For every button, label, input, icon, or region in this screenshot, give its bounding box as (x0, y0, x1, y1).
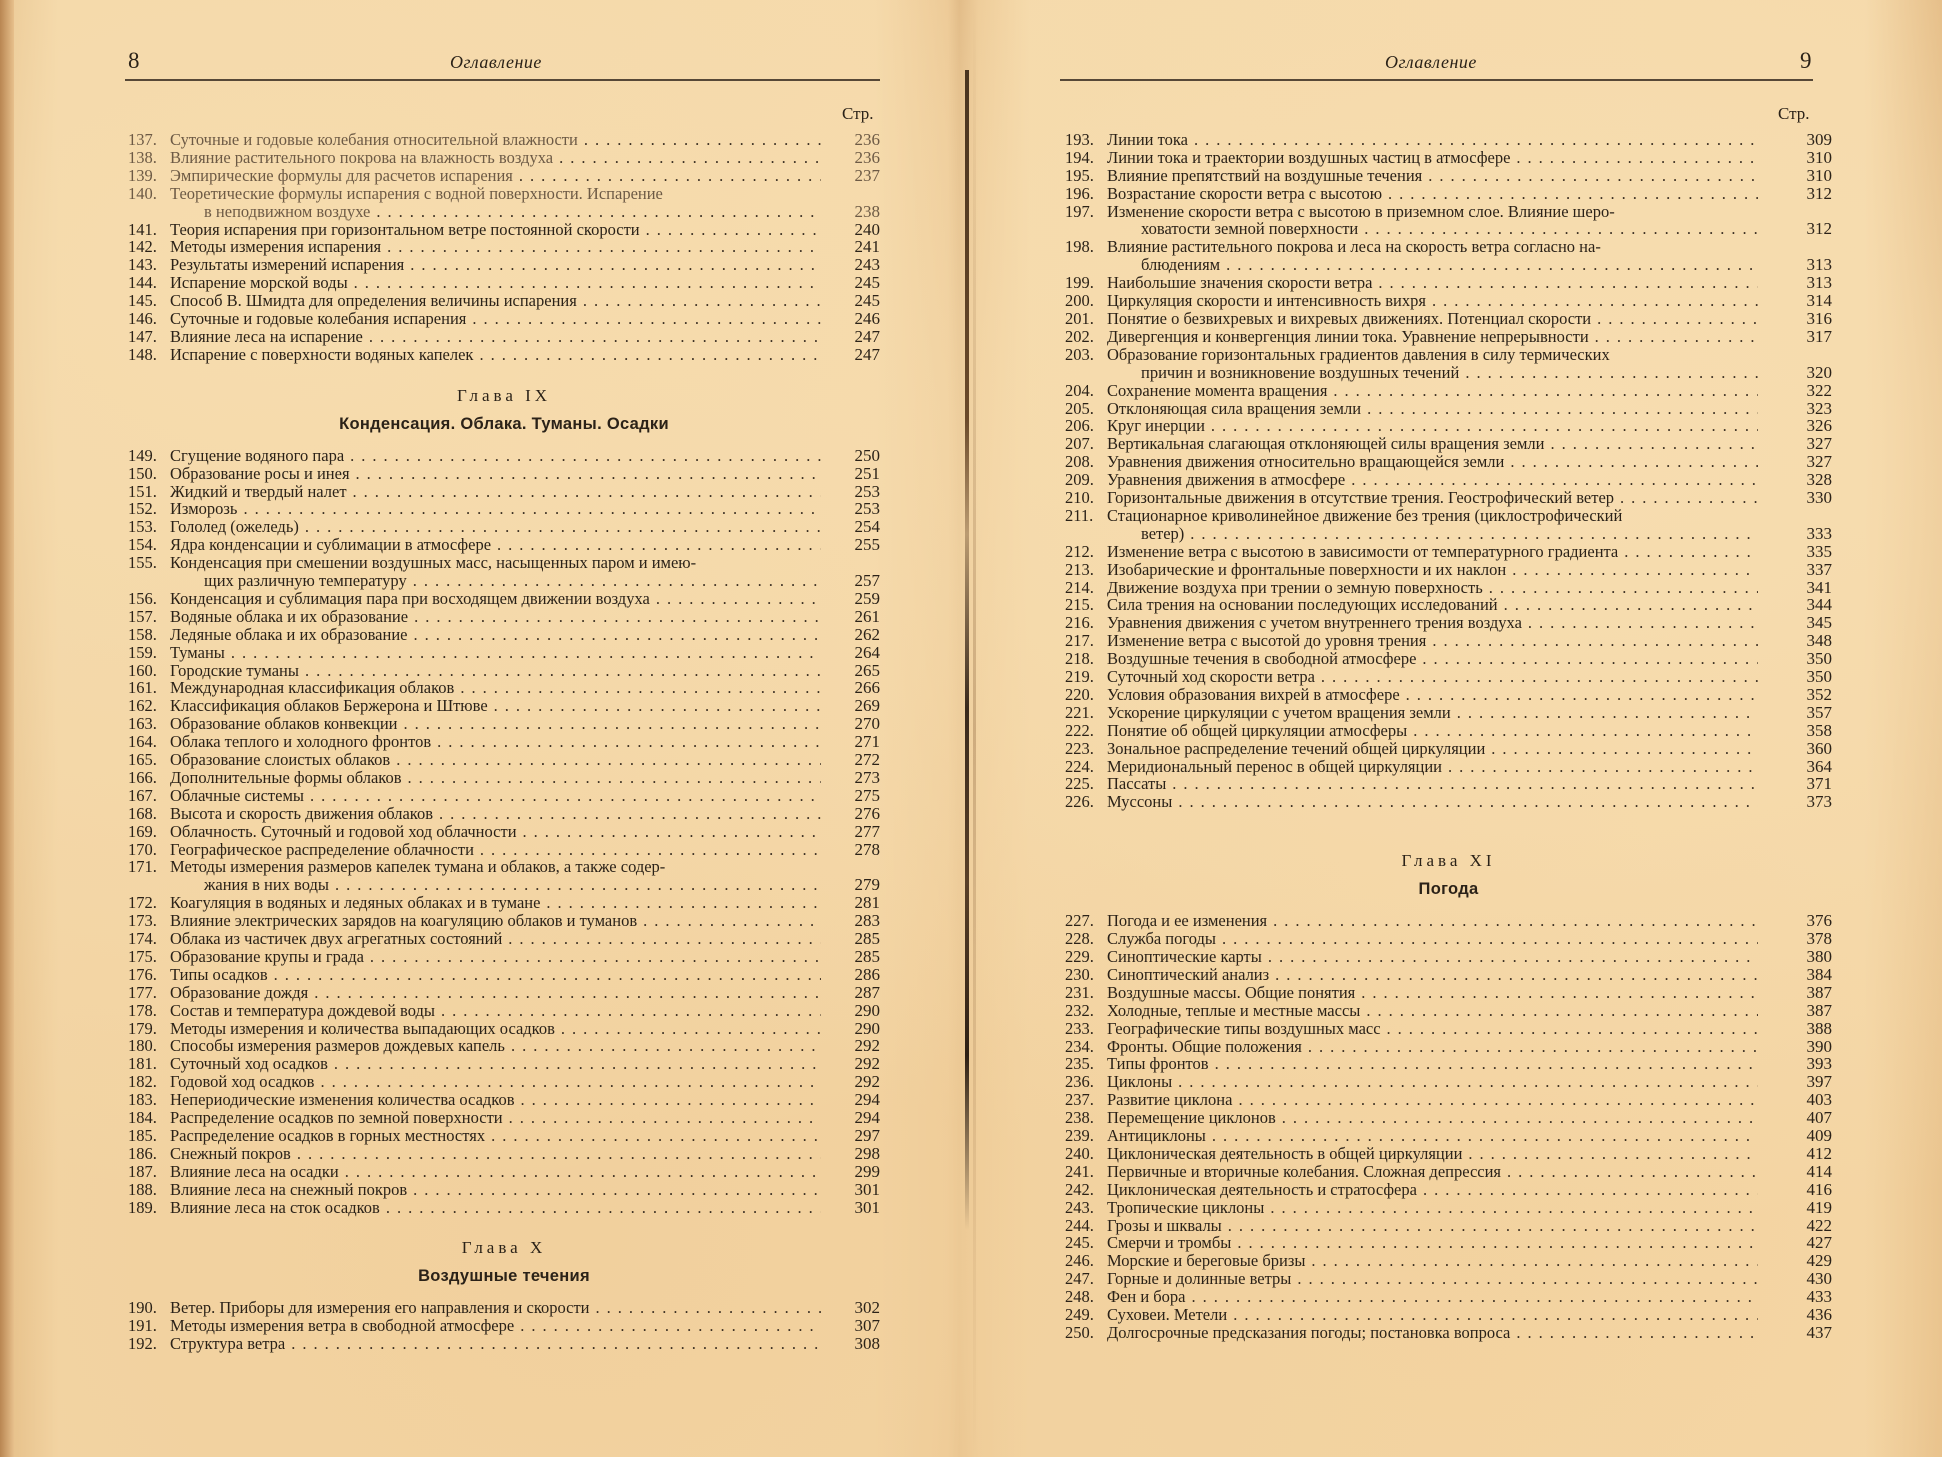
leader-dots: ........................................… (646, 221, 821, 239)
section-number: 166. (128, 769, 157, 787)
page-reference: 387 (1784, 1002, 1832, 1020)
leader-dots: ........................................… (561, 1020, 821, 1038)
leader-dots: ........................................… (1192, 1288, 1759, 1306)
section-title: Способ В. Шмидта для определения величин… (170, 292, 577, 310)
page-reference: 309 (1784, 131, 1832, 149)
leader-dots: ........................................… (1366, 1002, 1758, 1020)
section-number: 214. (1065, 579, 1094, 597)
toc-entry: 221.Ускорение циркуляции с учетом вращен… (1065, 704, 1832, 722)
section-title: Испарение с поверхности водяных капелек (170, 346, 473, 364)
toc-entry: 234.Фронты. Общие положения390..........… (1065, 1038, 1832, 1056)
toc-entry: 189.Влияние леса на сток осадков301.....… (128, 1199, 880, 1217)
section-number: 241. (1065, 1163, 1094, 1181)
section-title: Классификация облаков Бержерона и Штюве (170, 697, 488, 715)
leader-dots: ........................................… (508, 930, 821, 948)
page-reference: 419 (1784, 1199, 1832, 1217)
section-title: Годовой ход осадков (170, 1073, 314, 1091)
leader-dots: ........................................… (354, 274, 821, 292)
toc-entry: 165.Образование слоистых облаков272.....… (128, 751, 880, 769)
leader-dots: ........................................… (1595, 328, 1758, 346)
section-title-continued: ховатости земной поверхности (1141, 220, 1358, 238)
toc-entry: 146.Суточные и годовые колебания испарен… (128, 310, 880, 328)
page-reference: 308 (832, 1335, 880, 1353)
toc-entry: 222.Понятие об общей циркуляции атмосфер… (1065, 722, 1832, 740)
page-reference: 247 (832, 346, 880, 364)
section-number: 193. (1065, 131, 1094, 149)
leader-dots: ........................................… (345, 1163, 821, 1181)
leader-dots: ........................................… (386, 1199, 821, 1217)
page-reference: 251 (832, 465, 880, 483)
toc-entry: 232.Холодные, теплые и местные массы387.… (1065, 1002, 1832, 1020)
section-number: 172. (128, 894, 157, 912)
section-number: 183. (128, 1091, 157, 1109)
page-reference: 264 (832, 644, 880, 662)
chapter-label: Глава XI (1065, 851, 1832, 871)
section-title: Ветер. Приборы для измерения его направл… (170, 1299, 590, 1317)
toc-entry: 155.Конденсация при смешении воздушных м… (128, 554, 880, 590)
section-number: 246. (1065, 1252, 1094, 1270)
leader-dots: ........................................… (1172, 775, 1758, 793)
section-number: 187. (128, 1163, 157, 1181)
section-number: 180. (128, 1037, 157, 1055)
chapter-title: Погода (1065, 880, 1832, 899)
section-title: Гололед (ожеледь) (170, 518, 299, 536)
section-number: 234. (1065, 1038, 1094, 1056)
section-title: Методы измерения ветра в свободной атмос… (170, 1317, 514, 1335)
binding-stitch (965, 70, 969, 1230)
page-reference: 254 (832, 518, 880, 536)
page-reference: 292 (832, 1073, 880, 1091)
page-reference: 407 (1784, 1109, 1832, 1127)
chapter-title: Конденсация. Облака. Туманы. Осадки (128, 415, 880, 434)
leader-dots: ........................................… (472, 310, 821, 328)
section-number: 242. (1065, 1181, 1094, 1199)
toc-entry: 213.Изобарические и фронтальные поверхно… (1065, 561, 1832, 579)
toc-entry: 233.Географические типы воздушных масс38… (1065, 1020, 1832, 1038)
leader-dots: ........................................… (334, 1055, 821, 1073)
section-number: 158. (128, 626, 157, 644)
section-title-continued: причин и возникновение воздушных течений (1141, 364, 1459, 382)
section-title: Наибольшие значения скорости ветра (1107, 274, 1372, 292)
leader-dots: ........................................… (413, 1181, 821, 1199)
toc-entry: 178.Состав и температура дождевой воды29… (128, 1002, 880, 1020)
section-number: 167. (128, 787, 157, 805)
toc-entry: 182.Годовой ход осадков292..............… (128, 1073, 880, 1091)
page-reference: 236 (832, 149, 880, 167)
section-title: Методы измерения испарения (170, 238, 381, 256)
page-reference: 266 (832, 679, 880, 697)
section-number: 169. (128, 823, 157, 841)
page-reference: 261 (832, 608, 880, 626)
section-number: 150. (128, 465, 157, 483)
page-reference: 317 (1784, 328, 1832, 346)
section-title: Стационарное криволинейное движение без … (1107, 507, 1622, 525)
section-title: Образование слоистых облаков (170, 751, 390, 769)
leader-dots: ........................................… (413, 572, 821, 590)
leader-dots: ........................................… (509, 1109, 821, 1127)
section-number: 221. (1065, 704, 1094, 722)
page-reference: 290 (832, 1002, 880, 1020)
toc-entry: 192.Структура ветра308..................… (128, 1335, 880, 1353)
section-number: 227. (1065, 912, 1094, 930)
section-title: Влияние леса на снежный покров (170, 1181, 407, 1199)
toc-entry: 244.Грозы и шквалы422...................… (1065, 1217, 1832, 1235)
page-reference: 273 (832, 769, 880, 787)
section-number: 148. (128, 346, 157, 364)
section-number: 250. (1065, 1324, 1094, 1342)
leader-dots: ........................................… (370, 948, 821, 966)
page-reference: 312 (1784, 185, 1832, 203)
section-number: 205. (1065, 400, 1094, 418)
leader-dots: ........................................… (1457, 704, 1758, 722)
toc-entry: 210.Горизонтальные движения в отсутствие… (1065, 489, 1832, 507)
toc-entry: 161.Международная классификация облаков2… (128, 679, 880, 697)
toc-entry: 158.Ледяные облака и их образование262..… (128, 626, 880, 644)
page-reference: 358 (1784, 722, 1832, 740)
section-title: Отклоняющая сила вращения земли (1107, 400, 1361, 418)
section-title: Жидкий и твердый налет (170, 483, 347, 501)
page-reference: 240 (832, 221, 880, 239)
right-page: Оглавление 9 Стр. 193.Линии тока309.....… (975, 0, 1942, 1457)
section-number: 212. (1065, 543, 1094, 561)
section-title: Образование горизонтальных градиентов да… (1107, 346, 1610, 364)
leader-dots: ........................................… (1504, 596, 1758, 614)
section-title: Ядра конденсации и сублимации в атмосфер… (170, 536, 491, 554)
section-title: Уравнения движения относительно вращающе… (1107, 453, 1504, 471)
leader-dots: ........................................… (274, 966, 821, 984)
leader-dots: ........................................… (1333, 382, 1758, 400)
section-title: Служба погоды (1107, 930, 1216, 948)
leader-dots: ........................................… (376, 203, 821, 221)
section-number: 145. (128, 292, 157, 310)
section-title: Конденсация при смешении воздушных масс,… (170, 554, 696, 572)
page-reference: 253 (832, 483, 880, 501)
page-reference: 322 (1784, 382, 1832, 400)
leader-dots: ........................................… (1178, 793, 1758, 811)
page-reference: 265 (832, 662, 880, 680)
page-reference: 352 (1784, 686, 1832, 704)
toc-entry: 138.Влияние растительного покрова на вла… (128, 149, 880, 167)
page-reference: 238 (832, 203, 880, 221)
section-title: Грозы и шквалы (1107, 1217, 1222, 1235)
leader-dots: ........................................… (439, 805, 821, 823)
page-reference: 255 (832, 536, 880, 554)
leader-dots: ........................................… (410, 256, 821, 274)
section-title: Распределение осадков по земной поверхно… (170, 1109, 503, 1127)
toc-entry: 176.Типы осадков286.....................… (128, 966, 880, 984)
toc-entry: 145.Способ В. Шмидта для определения вел… (128, 292, 880, 310)
section-number: 154. (128, 536, 157, 554)
toc-entry: 204.Сохранение момента вращения322......… (1065, 382, 1832, 400)
page-reference: 312 (1784, 220, 1832, 238)
toc-entry: 143.Результаты измерений испарения243...… (128, 256, 880, 274)
section-title: Условия образования вихрей в атмосфере (1107, 686, 1400, 704)
toc-entry: 181.Суточный ход осадков292.............… (128, 1055, 880, 1073)
page-reference: 276 (832, 805, 880, 823)
section-number: 235. (1065, 1055, 1094, 1073)
toc-entry: 183.Непериодические изменения количества… (128, 1091, 880, 1109)
page-reference: 299 (832, 1163, 880, 1181)
toc-entry: 148.Испарение с поверхности водяных капе… (128, 346, 880, 364)
section-title: Влияние леса на сток осадков (170, 1199, 380, 1217)
section-title: Теоретические формулы испарения с водной… (170, 185, 663, 203)
section-title: Изморозь (170, 500, 237, 518)
section-number: 198. (1065, 238, 1094, 256)
section-number: 173. (128, 912, 157, 930)
section-title: Теория испарения при горизонтальном ветр… (170, 221, 640, 239)
leader-dots: ........................................… (511, 1037, 821, 1055)
leader-dots: ........................................… (1233, 1306, 1758, 1324)
toc-entry: 238.Перемещение циклонов407.............… (1065, 1109, 1832, 1127)
page-reference: 387 (1784, 984, 1832, 1002)
page-reference: 243 (832, 256, 880, 274)
toc-entry: 236.Циклоны397..........................… (1065, 1073, 1832, 1091)
section-number: 215. (1065, 596, 1094, 614)
page-reference: 436 (1784, 1306, 1832, 1324)
toc-entry: 193.Линии тока309.......................… (1065, 131, 1832, 149)
section-number: 202. (1065, 328, 1094, 346)
section-number: 240. (1065, 1145, 1094, 1163)
leader-dots: ........................................… (1212, 1127, 1758, 1145)
section-number: 216. (1065, 614, 1094, 632)
leader-dots: ........................................… (1361, 984, 1758, 1002)
page-reference: 246 (832, 310, 880, 328)
page-reference: 371 (1784, 775, 1832, 793)
leader-dots: ........................................… (1432, 292, 1758, 310)
section-number: 181. (128, 1055, 157, 1073)
section-title: Суточный ход осадков (170, 1055, 328, 1073)
leader-dots: ........................................… (1222, 930, 1758, 948)
section-title: Развитие циклона (1107, 1091, 1232, 1109)
toc-entry: 206.Круг инерции326.....................… (1065, 417, 1832, 435)
section-title: Фронты. Общие положения (1107, 1038, 1302, 1056)
page-reference: 433 (1784, 1288, 1832, 1306)
toc-entry: 139.Эмпирические формулы для расчетов ис… (128, 167, 880, 185)
chapter-label: Глава IX (128, 386, 880, 406)
section-title: Географические типы воздушных масс (1107, 1020, 1381, 1038)
section-title: Уравнения движения с учетом внутреннего … (1107, 614, 1522, 632)
section-title: Циклоническая деятельность и стратосфера (1107, 1181, 1417, 1199)
page-reference: 364 (1784, 758, 1832, 776)
leader-dots: ........................................… (643, 912, 821, 930)
leader-dots: ........................................… (1432, 632, 1758, 650)
leader-dots: ........................................… (441, 1002, 821, 1020)
page-reference: 393 (1784, 1055, 1832, 1073)
leader-dots: ........................................… (1423, 1181, 1758, 1199)
leader-dots: ........................................… (1468, 1145, 1758, 1163)
section-title: Циркуляция скорости и интенсивность вихр… (1107, 292, 1426, 310)
toc-entry: 196.Возрастание скорости ветра с высотою… (1065, 185, 1832, 203)
toc-entry: 225.Пассаты371..........................… (1065, 775, 1832, 793)
section-title: Циклоны (1107, 1073, 1172, 1091)
leader-dots: ........................................… (1528, 614, 1758, 632)
toc-entry: 149.Сгущение водяного пара250...........… (128, 447, 880, 465)
section-title: Горные и долинные ветры (1107, 1270, 1291, 1288)
section-title: Дивергенция и конвергенция линии тока. У… (1107, 328, 1589, 346)
leader-dots: ........................................… (1387, 1020, 1758, 1038)
section-title: Образование крупы и града (170, 948, 364, 966)
section-number: 152. (128, 500, 157, 518)
header-rule (1060, 79, 1813, 81)
section-title: Суточные и годовые колебания испарения (170, 310, 466, 328)
page-reference: 281 (832, 894, 880, 912)
toc-entry: 164.Облака теплого и холодного фронтов27… (128, 733, 880, 751)
toc-entry: 199.Наибольшие значения скорости ветра31… (1065, 274, 1832, 292)
page-reference: 412 (1784, 1145, 1832, 1163)
left-page: 8 Оглавление Стр. 137.Суточные и годовые… (0, 0, 965, 1457)
toc-entry: 218.Воздушные течения в свободной атмосф… (1065, 650, 1832, 668)
toc-entry: 147.Влияние леса на испарение247........… (128, 328, 880, 346)
leader-dots: ........................................… (1388, 185, 1758, 203)
toc-entry: 144.Испарение морской воды245...........… (128, 274, 880, 292)
toc-entry: 173.Влияние электрических зарядов на коа… (128, 912, 880, 930)
page-reference: 357 (1784, 704, 1832, 722)
toc-entry: 203.Образование горизонтальных градиенто… (1065, 346, 1832, 382)
section-title: Водяные облака и их образование (170, 608, 408, 626)
leader-dots: ........................................… (1351, 471, 1758, 489)
header-rule (125, 79, 880, 81)
toc-entry: 171.Методы измерения размеров капелек ту… (128, 858, 880, 894)
section-number: 249. (1065, 1306, 1094, 1324)
leader-dots: ........................................… (350, 447, 821, 465)
leader-dots: ........................................… (291, 1335, 821, 1353)
leader-dots: ........................................… (1516, 149, 1758, 167)
leader-dots: ........................................… (1428, 167, 1758, 185)
toc-entry: 168.Высота и скорость движения облаков27… (128, 805, 880, 823)
leader-dots: ........................................… (353, 483, 821, 501)
section-title: Дополнительные формы облаков (170, 769, 402, 787)
section-number: 171. (128, 858, 157, 876)
leader-dots: ........................................… (1178, 1073, 1758, 1091)
leader-dots: ........................................… (243, 500, 821, 518)
leader-dots: ........................................… (297, 1145, 821, 1163)
section-title: Образование росы и инея (170, 465, 350, 483)
section-number: 189. (128, 1199, 157, 1217)
leader-dots: ........................................… (1512, 561, 1758, 579)
leader-dots: ........................................… (1465, 364, 1758, 382)
toc-entry: 154.Ядра конденсации и сублимации в атмо… (128, 536, 880, 554)
leader-dots: ........................................… (310, 787, 821, 805)
page-reference: 236 (832, 131, 880, 149)
toc-entry: 240.Циклоническая деятельность в общей ц… (1065, 1145, 1832, 1163)
section-title: Снежный покров (170, 1145, 291, 1163)
toc-entry: 150.Образование росы и инея251..........… (128, 465, 880, 483)
section-number: 213. (1065, 561, 1094, 579)
section-number: 182. (128, 1073, 157, 1091)
page-reference: 327 (1784, 453, 1832, 471)
page-reference: 429 (1784, 1252, 1832, 1270)
toc-entry: 223.Зональное распределение течений обще… (1065, 740, 1832, 758)
section-title: Погода и ее изменения (1107, 912, 1267, 930)
toc-entry: 153.Гололед (ожеледь)254................… (128, 518, 880, 536)
toc-entry: 229.Синоптические карты380..............… (1065, 948, 1832, 966)
section-title: Тропические циклоны (1107, 1199, 1264, 1217)
section-number: 165. (128, 751, 157, 769)
section-number: 239. (1065, 1127, 1094, 1145)
section-number: 238. (1065, 1109, 1094, 1127)
section-number: 208. (1065, 453, 1094, 471)
toc-entry: 198.Влияние растительного покрова и леса… (1065, 238, 1832, 274)
leader-dots: ........................................… (1268, 948, 1758, 966)
page-reference: 287 (832, 984, 880, 1002)
section-title: Эмпирические формулы для расчетов испаре… (170, 167, 513, 185)
page-reference: 376 (1784, 912, 1832, 930)
page-reference: 272 (832, 751, 880, 769)
section-number: 184. (128, 1109, 157, 1127)
section-title: Воздушные течения в свободной атмосфере (1107, 650, 1416, 668)
toc-entry: 180.Способы измерения размеров дождевых … (128, 1037, 880, 1055)
page-reference: 337 (1784, 561, 1832, 579)
section-number: 139. (128, 167, 157, 185)
page-reference: 310 (1784, 167, 1832, 185)
page-reference: 279 (832, 876, 880, 894)
page-reference: 245 (832, 292, 880, 310)
leader-dots: ........................................… (559, 149, 821, 167)
section-number: 248. (1065, 1288, 1094, 1306)
toc-entry: 202.Дивергенция и конвергенция линии ток… (1065, 328, 1832, 346)
section-number: 199. (1065, 274, 1094, 292)
section-number: 151. (128, 483, 157, 501)
page-reference: 275 (832, 787, 880, 805)
section-number: 176. (128, 966, 157, 984)
section-title: Линии тока и траектории воздушных частиц… (1107, 149, 1510, 167)
section-title: Холодные, теплые и местные массы (1107, 1002, 1360, 1020)
section-title: Влияние растительного покрова и леса на … (1107, 238, 1601, 256)
leader-dots: ........................................… (1228, 1217, 1758, 1235)
section-number: 159. (128, 644, 157, 662)
page-reference: 292 (832, 1037, 880, 1055)
page-reference: 262 (832, 626, 880, 644)
section-title-continued: ветер) (1141, 525, 1184, 543)
section-number: 179. (128, 1020, 157, 1038)
leader-dots: ........................................… (479, 346, 821, 364)
section-title: Движение воздуха при трении о земную пов… (1107, 579, 1483, 597)
section-number: 206. (1065, 417, 1094, 435)
section-title: Понятие о безвихревых и вихревых движени… (1107, 310, 1591, 328)
leader-dots: ........................................… (369, 328, 821, 346)
leader-dots: ........................................… (1238, 1091, 1758, 1109)
leader-dots: ........................................… (1282, 1109, 1758, 1127)
section-number: 153. (128, 518, 157, 536)
toc-entry: 167.Облачные системы275.................… (128, 787, 880, 805)
leader-dots: ........................................… (387, 238, 821, 256)
leader-dots: ........................................… (408, 769, 821, 787)
section-number: 177. (128, 984, 157, 1002)
leader-dots: ........................................… (305, 662, 821, 680)
leader-dots: ........................................… (1507, 1163, 1758, 1181)
section-number: 164. (128, 733, 157, 751)
section-number: 219. (1065, 668, 1094, 686)
toc-entry: 141.Теория испарения при горизонтальном … (128, 221, 880, 239)
section-title: Морские и береговые бризы (1107, 1252, 1305, 1270)
leader-dots: ........................................… (656, 590, 821, 608)
section-number: 156. (128, 590, 157, 608)
section-number: 209. (1065, 471, 1094, 489)
section-title: Пассаты (1107, 775, 1166, 793)
toc-entry: 220.Условия образования вихрей в атмосфе… (1065, 686, 1832, 704)
leader-dots: ........................................… (314, 984, 821, 1002)
leader-dots: ........................................… (1597, 310, 1758, 328)
page-reference: 294 (832, 1091, 880, 1109)
section-title: Коагуляция в водяных и ледяных облаках и… (170, 894, 540, 912)
page-reference: 328 (1784, 471, 1832, 489)
section-number: 210. (1065, 489, 1094, 507)
toc-entry: 212.Изменение ветра с высотою в зависимо… (1065, 543, 1832, 561)
toc-entry: 188.Влияние леса на снежный покров301...… (128, 1181, 880, 1199)
section-number: 233. (1065, 1020, 1094, 1038)
page-reference: 283 (832, 912, 880, 930)
page-reference: 345 (1784, 614, 1832, 632)
